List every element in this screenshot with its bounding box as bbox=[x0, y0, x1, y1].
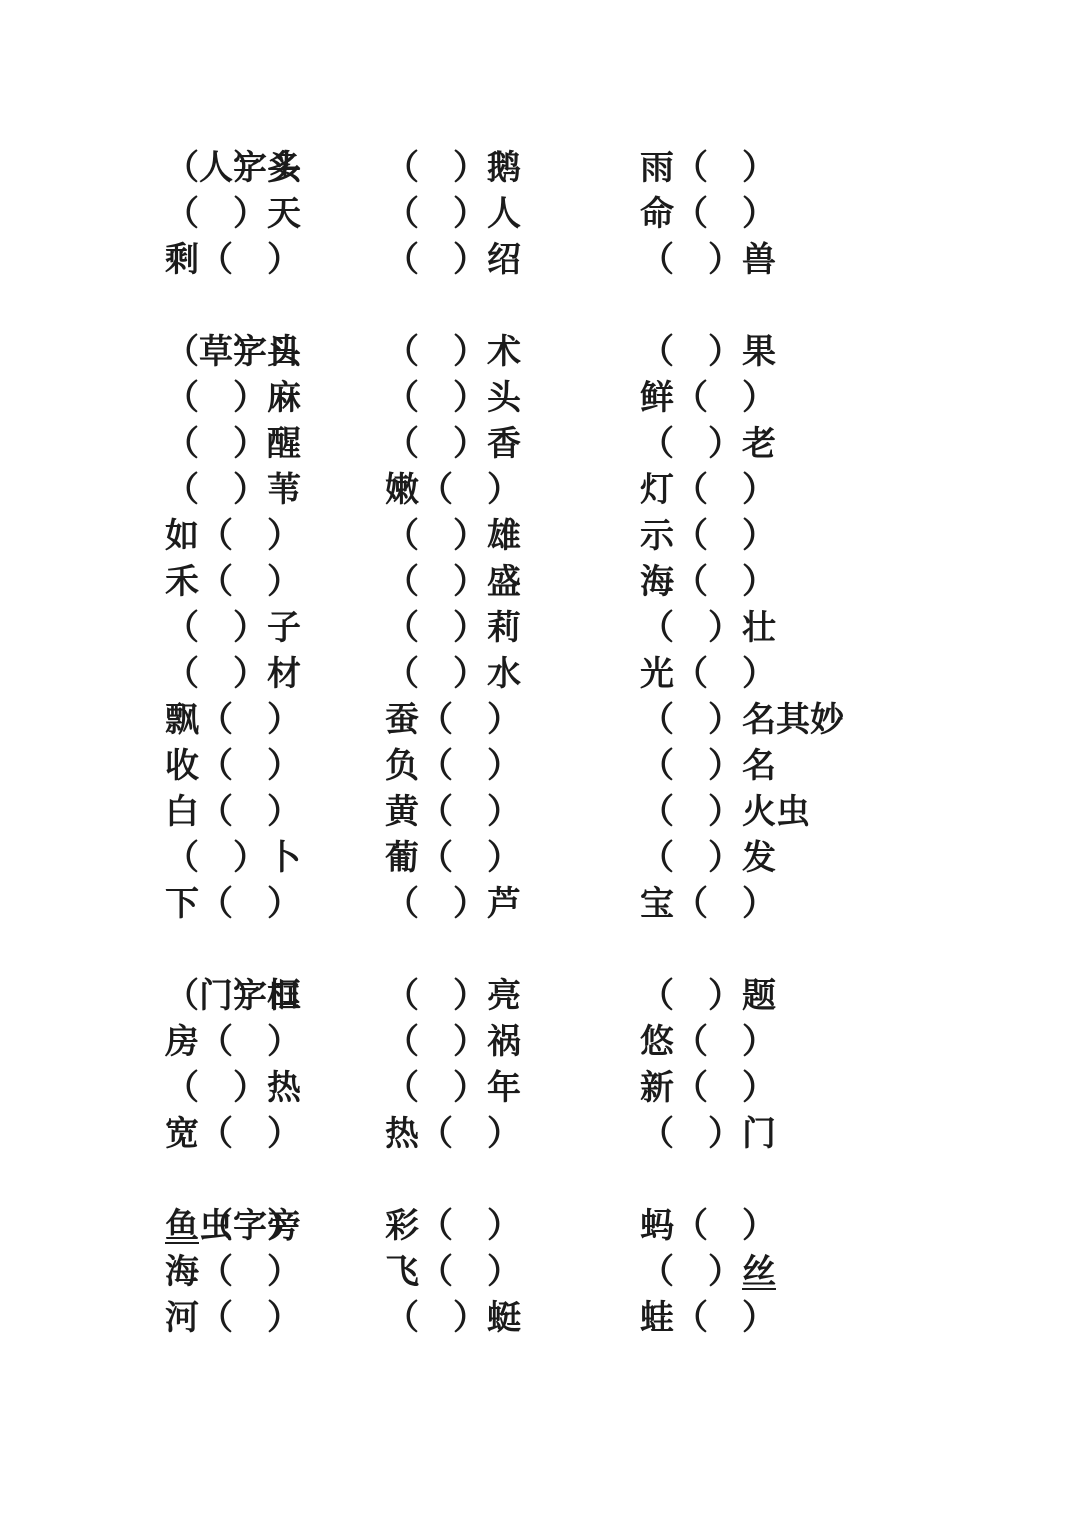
exercise-row: 白（ ） 黄（ ） （ ）火虫 bbox=[165, 790, 1040, 836]
exercise-row: （ ）口 （ ）亮 （ ）题 bbox=[165, 974, 1040, 1020]
exercise-item: 飘（ ） bbox=[165, 698, 385, 744]
exercise-row: （ ）天 （ ）人 命（ ） bbox=[165, 192, 1040, 238]
exercise-item: （ ）芦 bbox=[385, 882, 640, 928]
exercise-item: （ ）苇 bbox=[165, 468, 385, 514]
exercise-row: （ ）醒 （ ）香 （ ）老 bbox=[165, 422, 1040, 468]
exercise-row: （ ）苇 嫩（ ） 灯（ ） bbox=[165, 468, 1040, 514]
exercise-item: 负（ ） bbox=[385, 744, 640, 790]
exercise-row: 房（ ） （ ）祸 悠（ ） bbox=[165, 1020, 1040, 1066]
exercise-item: 飞（ ） bbox=[385, 1250, 640, 1296]
exercise-item: 雨（ ） bbox=[640, 146, 1040, 192]
exercise-item: （ ）莉 bbox=[385, 606, 640, 652]
exercise-item: 宽（ ） bbox=[165, 1112, 385, 1158]
exercise-item: （ ）绍 bbox=[385, 238, 640, 284]
exercise-row: （ ）多 （ ）鹅 雨（ ） bbox=[165, 146, 1040, 192]
exercise-item: 悠（ ） bbox=[640, 1020, 1040, 1066]
exercise-item: （ ）果 bbox=[640, 330, 1040, 376]
exercise-item: 蚕（ ） bbox=[385, 698, 640, 744]
exercise-item: （ ）子 bbox=[165, 606, 385, 652]
exercise-item: 嫩（ ） bbox=[385, 468, 640, 514]
exercise-item: （ ）人 bbox=[385, 192, 640, 238]
exercise-item: （ ）日 bbox=[165, 330, 385, 376]
exercise-item: （ ）术 bbox=[385, 330, 640, 376]
underlined-char: 鱼 bbox=[165, 1208, 199, 1245]
exercise-item: （ ）名 bbox=[640, 744, 1040, 790]
exercise-item-text: （ ） bbox=[640, 1254, 742, 1291]
exercise-item: （ ）蜓 bbox=[385, 1296, 640, 1342]
exercise-item: 示（ ） bbox=[640, 514, 1040, 560]
exercise-item: 热（ ） bbox=[385, 1112, 640, 1158]
exercise-item: （ ）老 bbox=[640, 422, 1040, 468]
exercise-item: （ ）壮 bbox=[640, 606, 1040, 652]
exercise-item: 海（ ） bbox=[165, 1250, 385, 1296]
exercise-item: （ ）香 bbox=[385, 422, 640, 468]
underlined-char: 丝 bbox=[742, 1254, 776, 1291]
exercise-item: （ ）鹅 bbox=[385, 146, 640, 192]
exercise-item: 海（ ） bbox=[640, 560, 1040, 606]
exercise-item: （ ）名其妙 bbox=[640, 698, 1040, 744]
exercise-item: （ ）兽 bbox=[640, 238, 1040, 284]
exercise-row: （ ）材 （ ）水 光（ ） bbox=[165, 652, 1040, 698]
exercise-item: 黄（ ） bbox=[385, 790, 640, 836]
exercise-item: 收（ ） bbox=[165, 744, 385, 790]
exercise-item: （ ）卜 bbox=[165, 836, 385, 882]
exercise-row: （ ）日 （ ）术 （ ）果 bbox=[165, 330, 1040, 376]
exercise-item: 光（ ） bbox=[640, 652, 1040, 698]
exercise-item: （ ）多 bbox=[165, 146, 385, 192]
exercise-item: （ ）热 bbox=[165, 1066, 385, 1112]
exercise-item: （ ）发 bbox=[640, 836, 1040, 882]
exercise-item: 河（ ） bbox=[165, 1296, 385, 1342]
exercise-row: （ ）热 （ ）年 新（ ） bbox=[165, 1066, 1040, 1112]
exercise-row: 收（ ） 负（ ） （ ）名 bbox=[165, 744, 1040, 790]
section-header-chongzipang: 虫字旁 bbox=[165, 1158, 1040, 1204]
section-header-menzikuang: 门字框 bbox=[165, 928, 1040, 974]
exercise-item: 房（ ） bbox=[165, 1020, 385, 1066]
exercise-item: 如（ ） bbox=[165, 514, 385, 560]
exercise-item: （ ）雄 bbox=[385, 514, 640, 560]
exercise-item: （ ）醒 bbox=[165, 422, 385, 468]
section-header-renzitou: 人字头 bbox=[165, 100, 1040, 146]
exercise-row: 如（ ） （ ）雄 示（ ） bbox=[165, 514, 1040, 560]
exercise-item: （ ）盛 bbox=[385, 560, 640, 606]
exercise-item: （ ）亮 bbox=[385, 974, 640, 1020]
exercise-item: 蚂（ ） bbox=[640, 1204, 1040, 1250]
exercise-item: 禾（ ） bbox=[165, 560, 385, 606]
exercise-item: 剩（ ） bbox=[165, 238, 385, 284]
exercise-item: 下（ ） bbox=[165, 882, 385, 928]
exercise-row: 飘（ ） 蚕（ ） （ ）名其妙 bbox=[165, 698, 1040, 744]
exercise-row: （ ）子 （ ）莉 （ ）壮 bbox=[165, 606, 1040, 652]
exercise-item: 蛙（ ） bbox=[640, 1296, 1040, 1342]
exercise-row: 下（ ） （ ）芦 宝（ ） bbox=[165, 882, 1040, 928]
exercise-row: 鱼（ ） 彩（ ） 蚂（ ） bbox=[165, 1204, 1040, 1250]
exercise-item: （ ）水 bbox=[385, 652, 640, 698]
exercise-row: 禾（ ） （ ）盛 海（ ） bbox=[165, 560, 1040, 606]
exercise-row: （ ）卜 葡（ ） （ ）发 bbox=[165, 836, 1040, 882]
exercise-item: （ ）口 bbox=[165, 974, 385, 1020]
exercise-item: （ ）天 bbox=[165, 192, 385, 238]
exercise-item: 彩（ ） bbox=[385, 1204, 640, 1250]
exercise-item: 白（ ） bbox=[165, 790, 385, 836]
worksheet-page: 人字头 （ ）多 （ ）鹅 雨（ ） （ ）天 （ ）人 命（ ） 剩（ ） （… bbox=[0, 0, 1080, 1527]
exercise-item: （ ）火虫 bbox=[640, 790, 1040, 836]
exercise-row: 河（ ） （ ）蜓 蛙（ ） bbox=[165, 1296, 1040, 1342]
exercise-item: 宝（ ） bbox=[640, 882, 1040, 928]
exercise-item: （ ）麻 bbox=[165, 376, 385, 422]
exercise-item-text: （ ） bbox=[199, 1208, 301, 1245]
exercise-row: 海（ ） 飞（ ） （ ）丝 bbox=[165, 1250, 1040, 1296]
exercise-item: （ ）丝 bbox=[640, 1250, 1040, 1296]
exercise-item: （ ）年 bbox=[385, 1066, 640, 1112]
exercise-item: （ ）祸 bbox=[385, 1020, 640, 1066]
exercise-item: 新（ ） bbox=[640, 1066, 1040, 1112]
exercise-item: 命（ ） bbox=[640, 192, 1040, 238]
exercise-item: 鲜（ ） bbox=[640, 376, 1040, 422]
exercise-item: （ ）门 bbox=[640, 1112, 1040, 1158]
exercise-item: 鱼（ ） bbox=[165, 1204, 385, 1250]
exercise-item: （ ）题 bbox=[640, 974, 1040, 1020]
exercise-item: （ ）材 bbox=[165, 652, 385, 698]
exercise-row: （ ）麻 （ ）头 鲜（ ） bbox=[165, 376, 1040, 422]
exercise-item: 灯（ ） bbox=[640, 468, 1040, 514]
exercise-row: 剩（ ） （ ）绍 （ ）兽 bbox=[165, 238, 1040, 284]
exercise-item: 葡（ ） bbox=[385, 836, 640, 882]
section-header-caozitou: 草字头 bbox=[165, 284, 1040, 330]
exercise-row: 宽（ ） 热（ ） （ ）门 bbox=[165, 1112, 1040, 1158]
exercise-item: （ ）头 bbox=[385, 376, 640, 422]
